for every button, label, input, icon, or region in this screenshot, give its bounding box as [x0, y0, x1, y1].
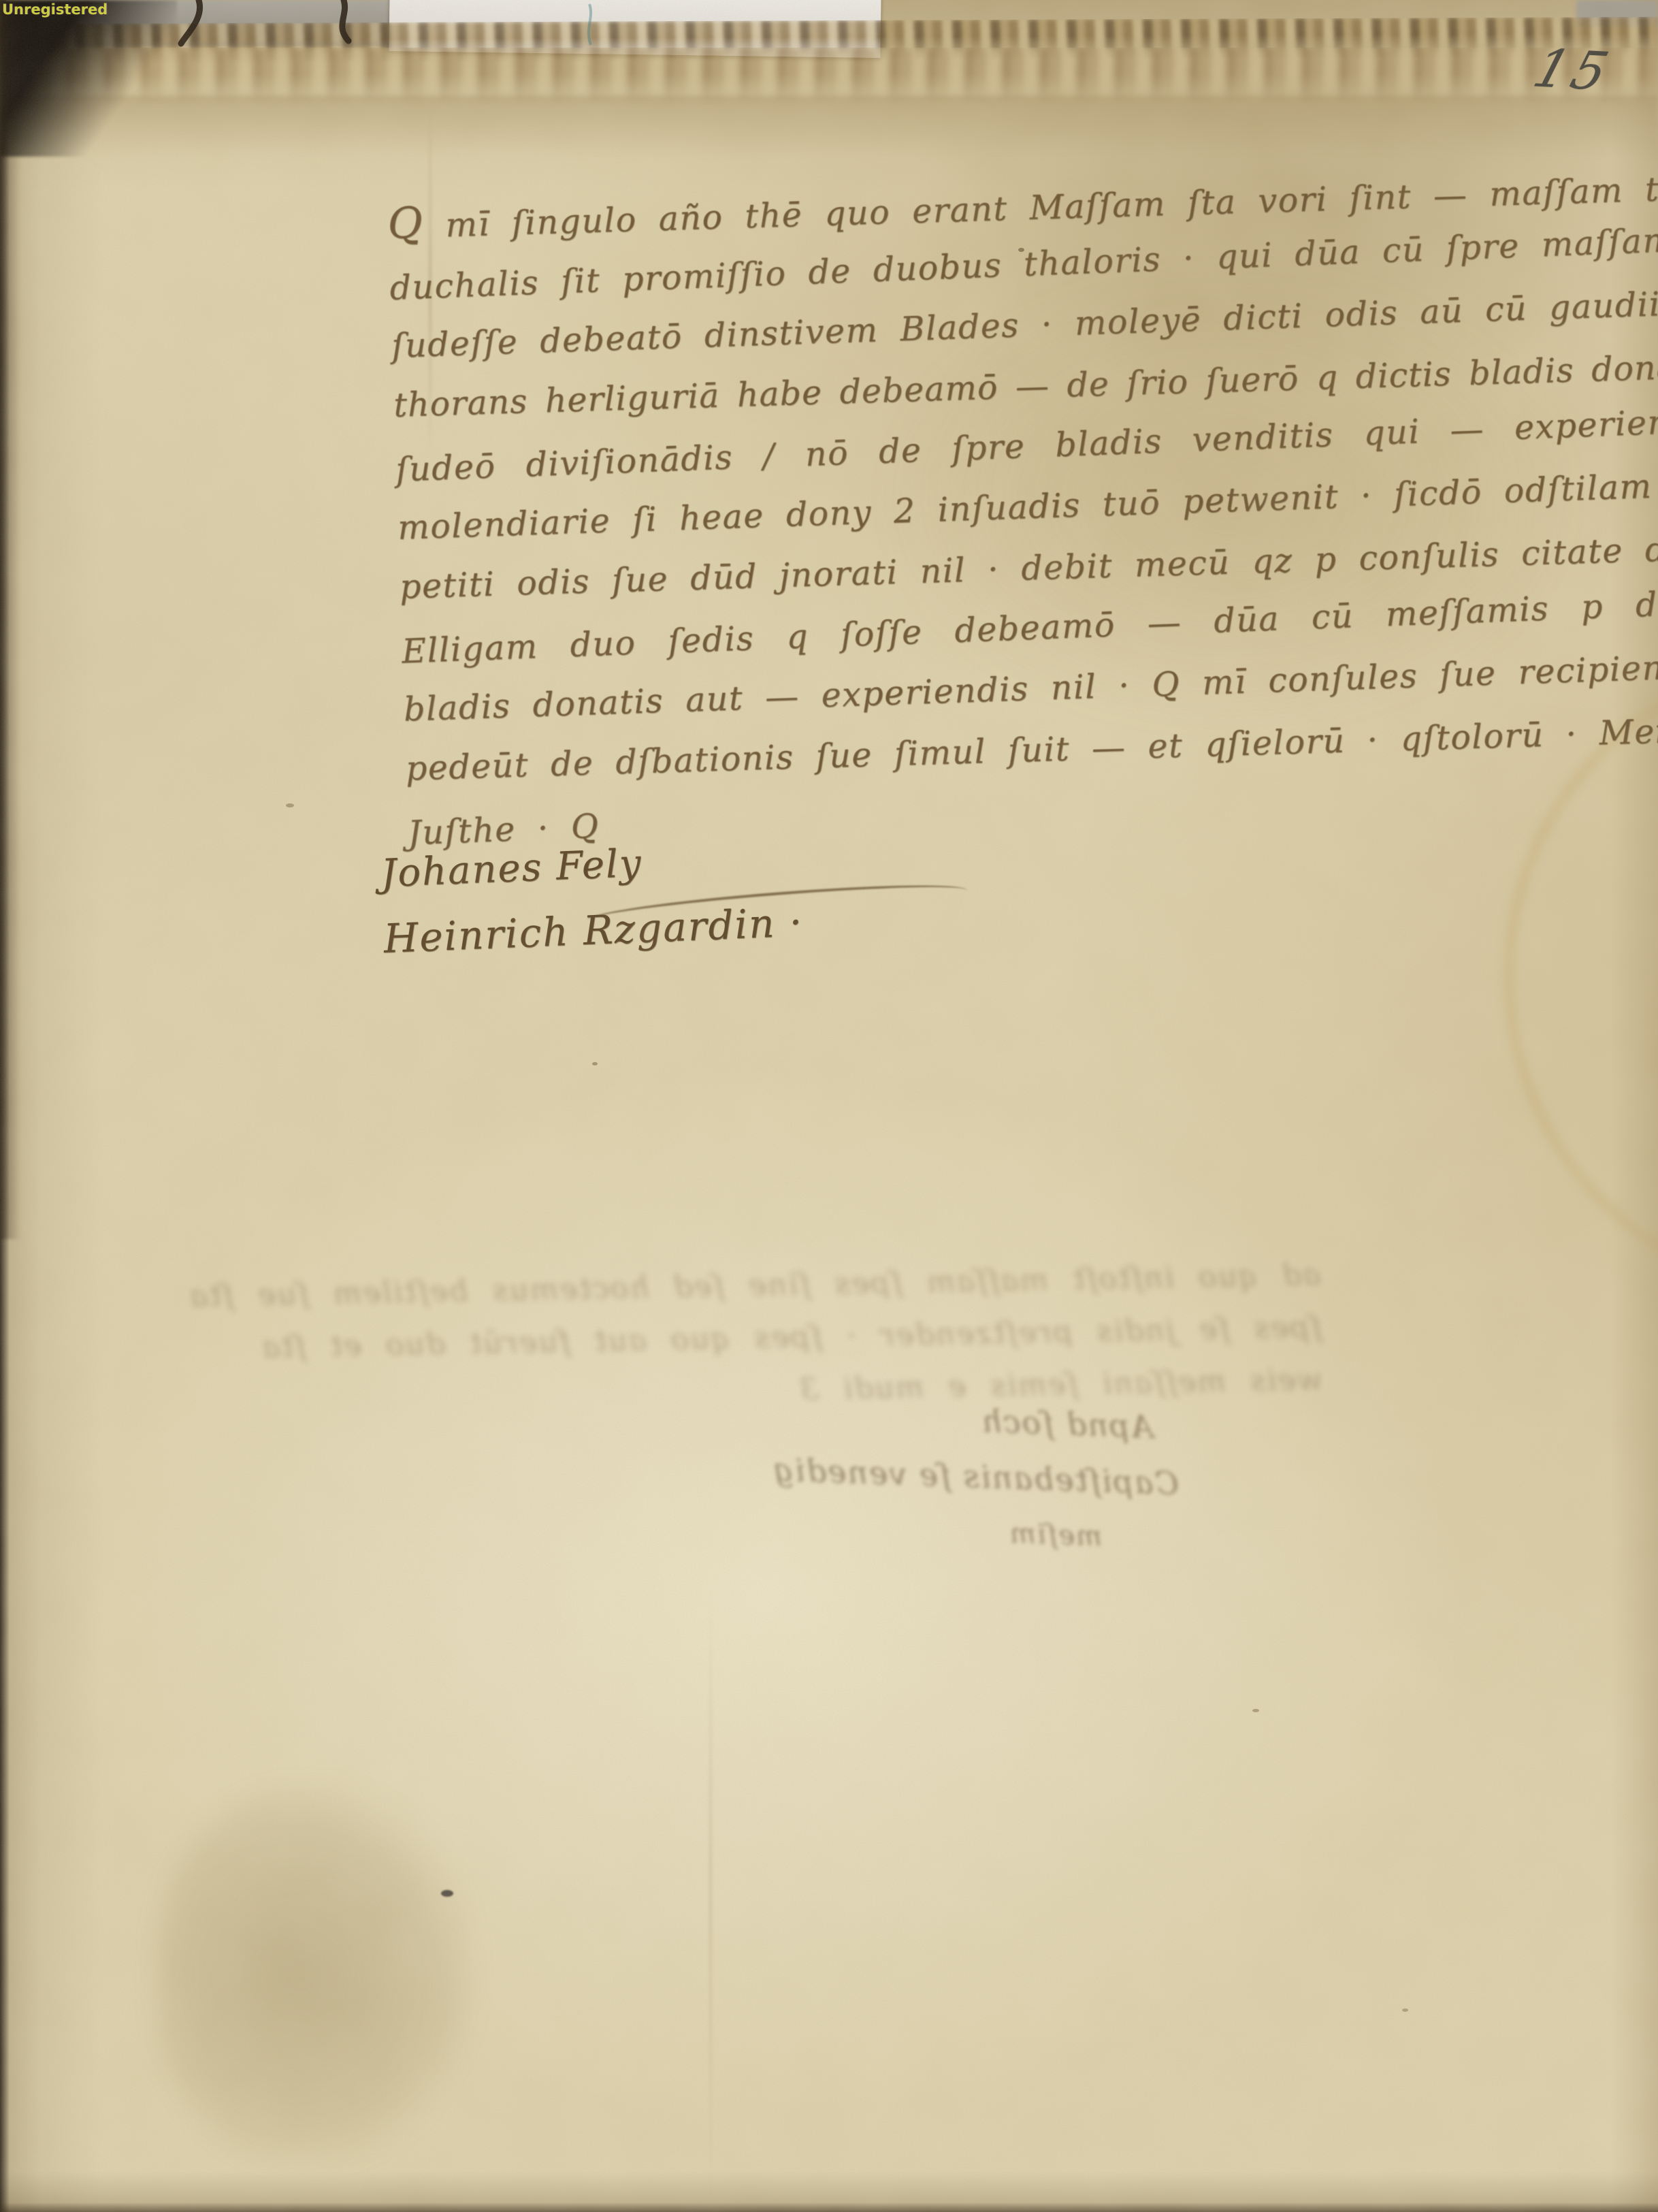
- bleedthrough-text-lower: Apnd ſoch Capiſtebanis ſe venedig meſim: [856, 1389, 1182, 1567]
- paper-crease: [709, 1586, 712, 2199]
- stain-bottom-left: [157, 1784, 476, 2165]
- fiber-speck: [1252, 1709, 1259, 1712]
- page-bottom-edge-shadow: [0, 2202, 1658, 2212]
- manuscript-page: ad quo inſtoſt maſſam ſpes ſine ſed hoct…: [0, 0, 1658, 2212]
- manuscript-text-block: Q mī ſingulo año thē quo erant Maſſam ſt…: [387, 155, 1606, 861]
- ink-speck: [441, 1890, 453, 1897]
- fiber-speck: [592, 1062, 598, 1065]
- bleedthrough-line: Capiſtebanis ſe venedig: [858, 1445, 1180, 1511]
- signature-block: Johanes Fely Heinrich Rzgardin ·: [380, 826, 804, 972]
- bleedthrough-line: meſim: [856, 1501, 1103, 1565]
- fiber-speck: [286, 803, 294, 807]
- bleedthrough-text-upper: ad quo inſtoſt maſſam ſpes ſine ſed hoct…: [313, 1249, 1323, 1425]
- scanner-watermark: Unregistered: [2, 1, 108, 18]
- bleedthrough-line: Apnd ſoch: [860, 1389, 1155, 1455]
- page-left-edge-shadow: [0, 0, 20, 1239]
- deckle-edge: [0, 95, 1658, 157]
- fiber-speck: [1402, 2008, 1408, 2012]
